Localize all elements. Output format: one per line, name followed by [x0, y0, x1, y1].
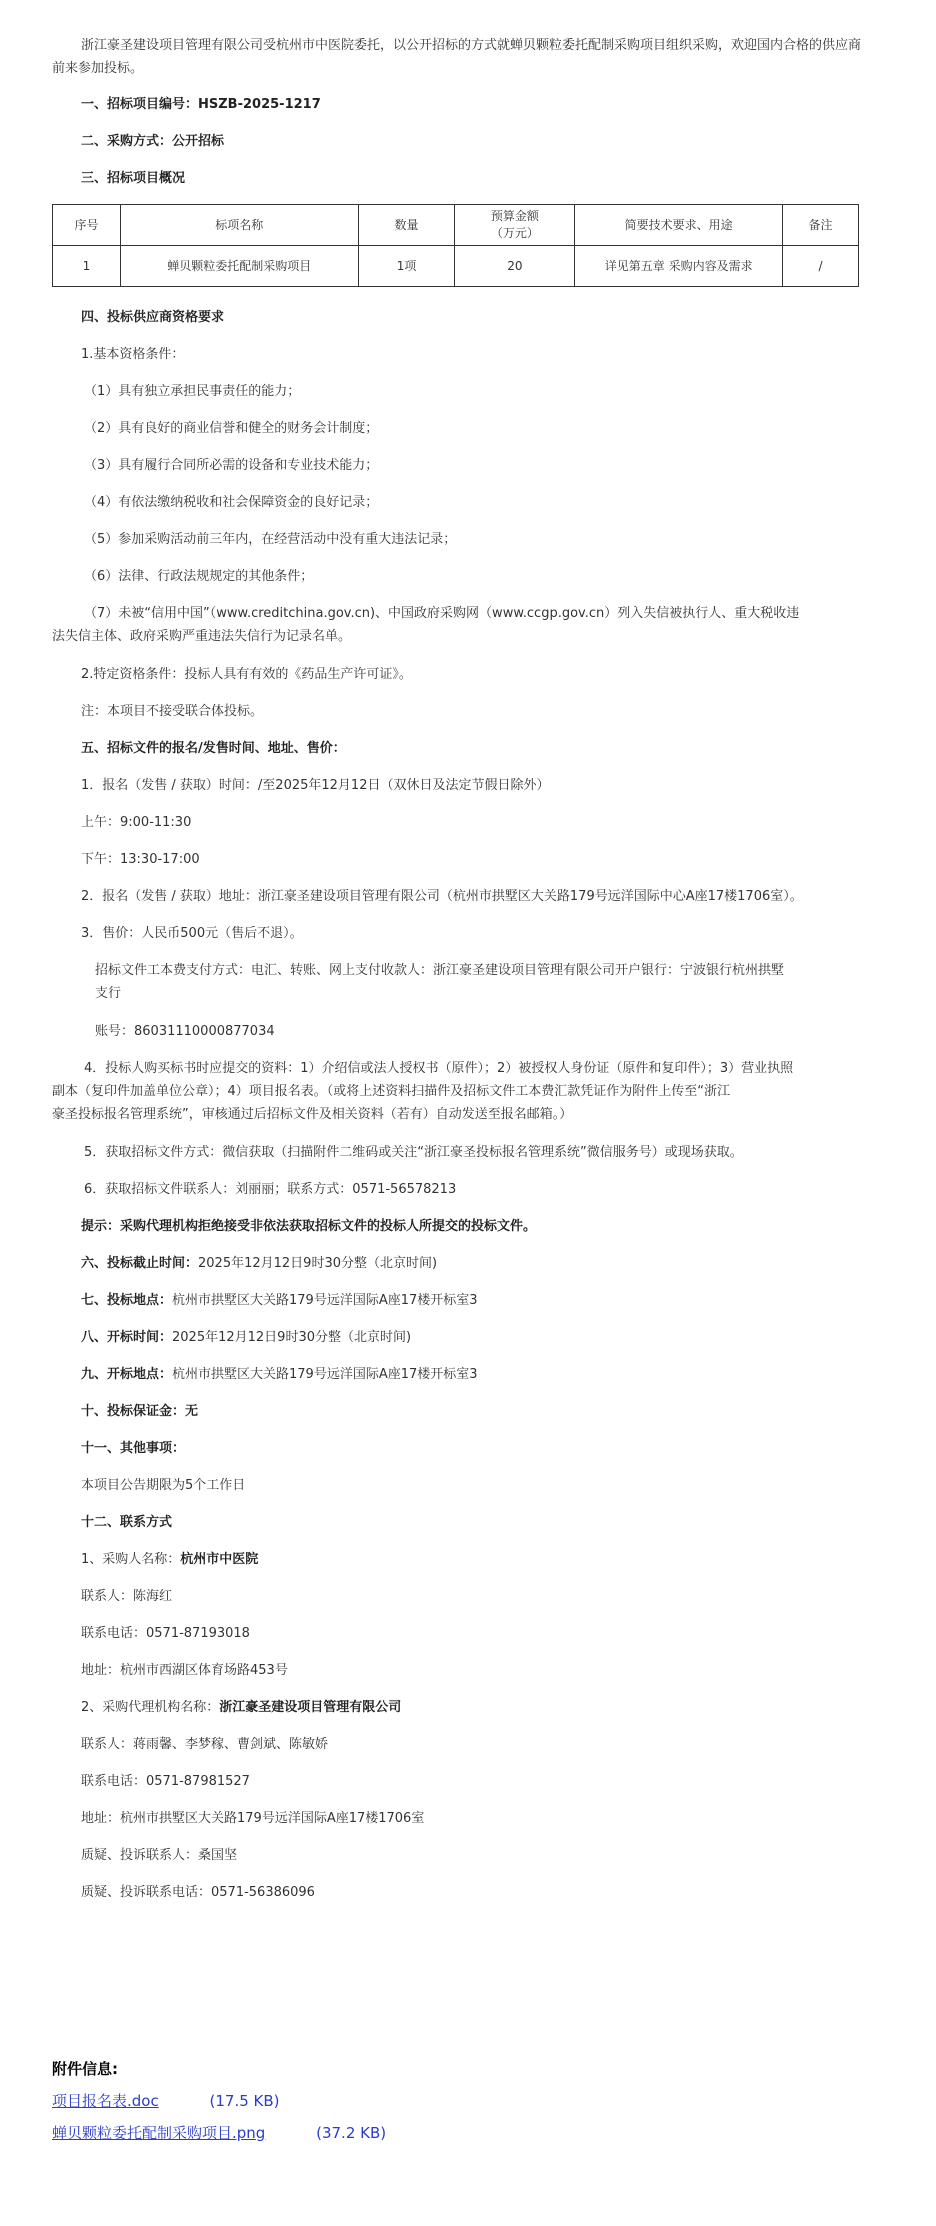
attachment-item: 蝉贝颗粒委托配制采购项目.png (37.2 KB): [52, 2122, 386, 2143]
project-number-label: 一、招标项目编号：: [81, 97, 198, 112]
header-requirements: 简要技术要求、用途: [575, 205, 783, 246]
sale-time: 1．报名（发售 / 获取）时间：/至2025年12月12日（双休日及法定节假日除…: [81, 774, 549, 793]
contacts-heading: 十二、联系方式: [81, 1511, 172, 1530]
complaint-phone: 质疑、投诉联系电话：0571-56386096: [81, 1881, 315, 1900]
tip-notice: 提示：采购代理机构拒绝接受非依法获取招标文件的投标人所提交的投标文件。: [81, 1215, 536, 1234]
project-overview-heading: 三、招标项目概况: [81, 167, 185, 186]
opening-location: 九、开标地点：杭州市拱墅区大关路179号远洋国际A座17楼开标室3: [81, 1363, 478, 1382]
intro-paragraph: 浙江豪圣建设项目管理有限公司受杭州市中医院委托，以公开招标的方式就蝉贝颗粒委托配…: [52, 34, 868, 80]
required-materials-line2: 副本（复印件加盖单位公章）；4）项目报名表。（或将上述资料扫描件及招标文件工本费…: [52, 1080, 730, 1099]
cell-quantity: 1项: [358, 246, 455, 287]
project-number: 一、招标项目编号：HSZB-2025-1217: [81, 93, 321, 112]
bid-bond: 十、投标保证金：无: [81, 1400, 198, 1419]
cell-budget: 20: [455, 246, 575, 287]
attachment-link-project-image[interactable]: 蝉贝颗粒委托配制采购项目.png: [52, 2124, 265, 2142]
procurement-method-value: 公开招标: [172, 134, 224, 149]
required-materials-line1: 4．投标人购买标书时应提交的资料：1）介绍信或法人授权书（原件）；2）被授权人身…: [84, 1057, 793, 1076]
header-budget: 预算金额（万元）: [455, 205, 575, 246]
attachments-heading: 附件信息:: [52, 2058, 118, 2079]
agent-contact-person: 联系人：蒋雨馨、李梦稼、曹剑斌、陈敏娇: [81, 1733, 328, 1752]
qualification-item: （4）有依法缴纳税收和社会保障资金的良好记录；: [84, 491, 378, 510]
qualifications-heading: 四、投标供应商资格要求: [81, 306, 224, 325]
buyer-contact-person: 联系人：陈海红: [81, 1585, 172, 1604]
announcement-period: 本项目公告期限为5个工作日: [81, 1474, 245, 1493]
attachment-size: (37.2 KB): [316, 2124, 386, 2142]
bank-account: 账号：86031110000877034: [95, 1020, 275, 1039]
header-remarks: 备注: [783, 205, 859, 246]
sale-heading: 五、招标文件的报名/发售时间、地址、售价：: [81, 737, 346, 756]
payment-method-line1: 招标文件工本费支付方式：电汇、转账、网上支付收款人：浙江豪圣建设项目管理有限公司…: [95, 959, 784, 978]
header-index: 序号: [53, 205, 121, 246]
sale-price: 3．售价：人民币500元（售后不退）。: [81, 922, 303, 941]
cell-remarks: /: [783, 246, 859, 287]
sale-address: 2．报名（发售 / 获取）地址：浙江豪圣建设项目管理有限公司（杭州市拱墅区大关路…: [81, 885, 803, 904]
table-row: 1 蝉贝颗粒委托配制采购项目 1项 20 详见第五章 采购内容及需求 /: [53, 246, 859, 287]
complaint-contact-person: 质疑、投诉联系人：桑国坚: [81, 1844, 237, 1863]
buyer-name: 1、采购人名称：杭州市中医院: [81, 1548, 258, 1567]
procurement-method-label: 二、采购方式：: [81, 134, 172, 149]
procurement-method: 二、采购方式：公开招标: [81, 130, 224, 149]
cell-requirements: 详见第五章 采购内容及需求: [575, 246, 783, 287]
buyer-address: 地址：杭州市西湖区体育场路453号: [81, 1659, 288, 1678]
qualification-item-7-line1: （7）未被“信用中国”（www.creditchina.gov.cn)、中国政府…: [84, 602, 799, 621]
qualification-item: （2）具有良好的商业信誉和健全的财务会计制度；: [84, 417, 378, 436]
bid-deadline: 六、投标截止时间：2025年12月12日9时30分整（北京时间): [81, 1252, 437, 1271]
attachment-link-registration-form[interactable]: 项目报名表.doc: [52, 2092, 159, 2110]
qualification-item-7-line2: 法失信主体、政府采购严重违法失信行为记录名单。: [52, 625, 351, 644]
obtain-contact: 6．获取招标文件联系人：刘丽丽；联系方式：0571-56578213: [84, 1178, 456, 1197]
cell-lot-name: 蝉贝颗粒委托配制采购项目: [120, 246, 358, 287]
qualification-item: （3）具有履行合同所必需的设备和专业技术能力；: [84, 454, 378, 473]
header-lot-name: 标项名称: [120, 205, 358, 246]
header-quantity: 数量: [358, 205, 455, 246]
opening-time: 八、开标时间：2025年12月12日9时30分整（北京时间): [81, 1326, 411, 1345]
agent-address: 地址：杭州市拱墅区大关路179号远洋国际A座17楼1706室: [81, 1807, 424, 1826]
other-matters-heading: 十一、其他事项：: [81, 1437, 185, 1456]
table-header-row: 序号 标项名称 数量 预算金额（万元） 简要技术要求、用途 备注: [53, 205, 859, 246]
required-materials-line3: 豪圣投标报名管理系统”，审核通过后招标文件及相关资料（若有）自动发送至报名邮箱。…: [52, 1103, 572, 1122]
bid-location: 七、投标地点：杭州市拱墅区大关路179号远洋国际A座17楼开标室3: [81, 1289, 478, 1308]
qualification-item: （1）具有独立承担民事责任的能力；: [84, 380, 300, 399]
agent-name: 2、采购代理机构名称：浙江豪圣建设项目管理有限公司: [81, 1696, 401, 1715]
obtain-method: 5．获取招标文件方式：微信获取（扫描附件二维码或关注“浙江豪圣投标报名管理系统”…: [84, 1141, 743, 1160]
qualification-item: （5）参加采购活动前三年内，在经营活动中没有重大违法记录；: [84, 528, 456, 547]
qualification-item: （6）法律、行政法规规定的其他条件；: [84, 565, 313, 584]
cell-index: 1: [53, 246, 121, 287]
project-table: 序号 标项名称 数量 预算金额（万元） 简要技术要求、用途 备注 1 蝉贝颗粒委…: [52, 204, 859, 287]
payment-method-line2: 支行: [95, 982, 121, 1001]
basic-qualifications-title: 1.基本资格条件：: [81, 343, 184, 362]
agent-phone: 联系电话：0571-87981527: [81, 1770, 250, 1789]
special-qualifications: 2.特定资格条件：投标人具有有效的《药品生产许可证》。: [81, 663, 412, 682]
sale-morning-hours: 上午：9:00-11:30: [81, 811, 191, 830]
sale-afternoon-hours: 下午：13:30-17:00: [81, 848, 200, 867]
buyer-phone: 联系电话：0571-87193018: [81, 1622, 250, 1641]
attachment-item: 项目报名表.doc (17.5 KB): [52, 2090, 280, 2111]
project-number-value: HSZB-2025-1217: [198, 97, 321, 112]
consortium-note: 注：本项目不接受联合体投标。: [81, 700, 263, 719]
attachment-size: (17.5 KB): [210, 2092, 280, 2110]
